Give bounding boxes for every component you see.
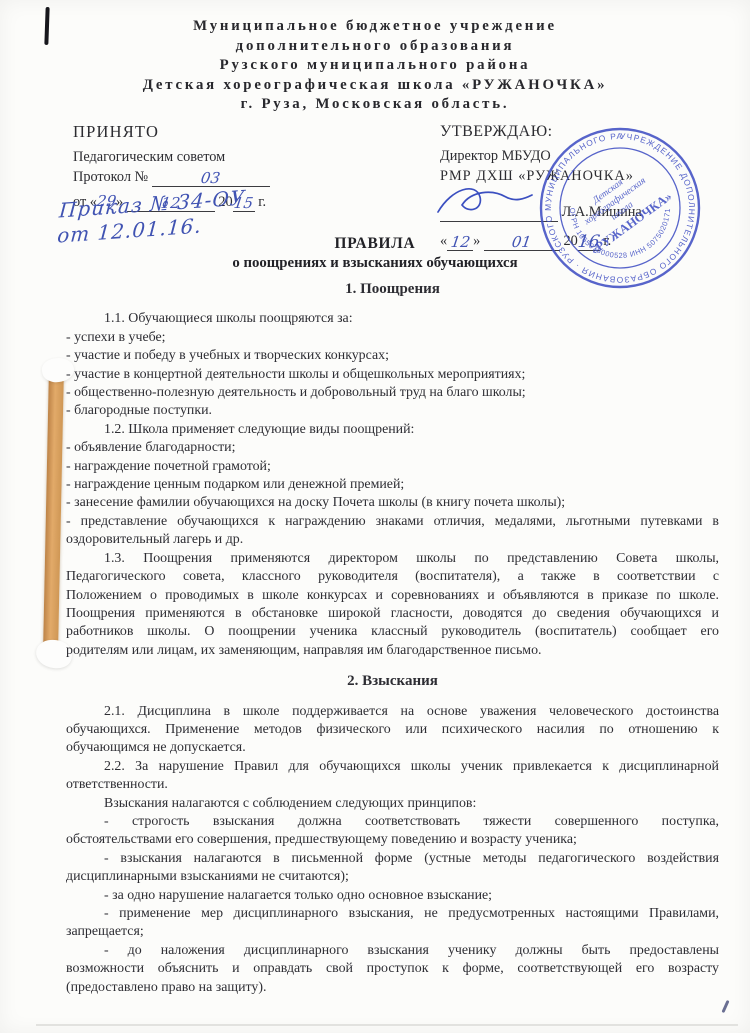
document-line: - применение мер дисциплинарного взыскан…	[66, 905, 719, 923]
section-2-heading: 2. Взыскания	[66, 672, 719, 690]
document-line: 1.2. Школа применяет следующие виды поощ…	[66, 421, 719, 439]
document-line: 1.3. Поощрения применяются директором шк…	[66, 550, 719, 568]
letterhead-line: Детская хореографическая школа «РУЖАНОЧК…	[0, 76, 750, 96]
document-line: 2.1. Дисциплина в школе поддерживается н…	[66, 703, 719, 721]
document-line: - участие и победу в учебных и творчески…	[66, 347, 719, 365]
letterhead-line: дополнительного образования	[0, 37, 750, 57]
letterhead-line: г. Руза, Московская область.	[0, 95, 750, 115]
title-line-2: о поощрениях и взысканиях обучающихся	[0, 254, 750, 274]
scanned-document-page: Муниципальное бюджетное учреждение допол…	[0, 0, 750, 1033]
document-body: 1. Поощрения 1.1. Обучающиеся школы поощ…	[66, 280, 719, 997]
document-line: - взыскания налагаются в письменной форм…	[66, 850, 719, 868]
document-line: оздоровительный лагерь и др.	[66, 531, 719, 549]
document-line: ответственности.	[66, 776, 719, 794]
letterhead-line: Муниципальное бюджетное учреждение	[0, 17, 750, 37]
scan-edge-line	[36, 1024, 738, 1026]
protocol-underline: 03	[152, 171, 270, 187]
document-line: - строгость взыскания должна соответство…	[66, 813, 719, 831]
letterhead-line: Рузского муниципального района	[0, 56, 750, 76]
document-line: Взыскания налагаются с соблюдением следу…	[66, 795, 719, 813]
document-line: (предоставлено право на защиту).	[66, 979, 719, 997]
document-line: возможности объяснить и оправдать свой п…	[66, 960, 719, 978]
document-line: - награждение ценным подарком или денежн…	[66, 476, 719, 494]
document-line: - за одно нарушение налагается только од…	[66, 887, 719, 905]
document-line: родителям или лицам, их заменяющим, напр…	[66, 642, 719, 660]
document-line: 2.2. За нарушение Правил для обучающихся…	[66, 758, 719, 776]
document-line: - объявление благодарности;	[66, 439, 719, 457]
document-line: - общественно-полезную деятельность и до…	[66, 384, 719, 402]
letterhead: Муниципальное бюджетное учреждение допол…	[0, 17, 750, 115]
document-line: 1.1. Обучающиеся школы поощряются за:	[66, 310, 719, 328]
document-line: работников школы. О поощрении ученика кл…	[66, 623, 719, 641]
protocol-number-handwritten: 03	[200, 171, 221, 185]
document-title: ПРАВИЛА о поощрениях и взысканиях обучаю…	[0, 234, 750, 273]
document-line: запрещается;	[66, 923, 719, 941]
document-line: обстоятельствами его совершения, предшес…	[66, 831, 719, 849]
title-line-1: ПРАВИЛА	[0, 234, 750, 254]
accepted-protocol-row: Протокол № 03	[73, 167, 270, 187]
document-line: - занесение фамилии обучающихся на доску…	[66, 494, 719, 512]
document-line: - участие в концертной деятельности школ…	[66, 366, 719, 384]
document-line: дисциплинарными взысканиями не считаются…	[66, 868, 719, 886]
accepted-title: ПРИНЯТО	[73, 122, 270, 142]
document-line: Поощрения применяются в обстановке широк…	[66, 605, 719, 623]
document-line: - до наложения дисциплинарного взыскания…	[66, 942, 719, 960]
protocol-label: Протокол №	[73, 169, 148, 185]
binding-lace	[43, 372, 64, 648]
document-line: - благородные поступки.	[66, 402, 719, 420]
document-line: Положением о проводимых в школе конкурса…	[66, 587, 719, 605]
document-line: - награждение почетной грамотой;	[66, 458, 719, 476]
section-1-heading: 1. Поощрения	[66, 280, 719, 298]
signature-squiggle	[432, 184, 536, 220]
page-number-pen-mark	[721, 1000, 729, 1013]
document-line: обучающимся не допускается.	[66, 739, 719, 757]
document-line: - представление обучающихся к награждени…	[66, 513, 719, 531]
document-line: Педагогического совета, классного руково…	[66, 568, 719, 586]
date-suffix: г.	[258, 194, 266, 210]
document-line: - успехи в учебе;	[66, 329, 719, 347]
accepted-by: Педагогическим советом	[73, 147, 270, 167]
document-line: обучающихся. Применение методов физическ…	[66, 721, 719, 739]
